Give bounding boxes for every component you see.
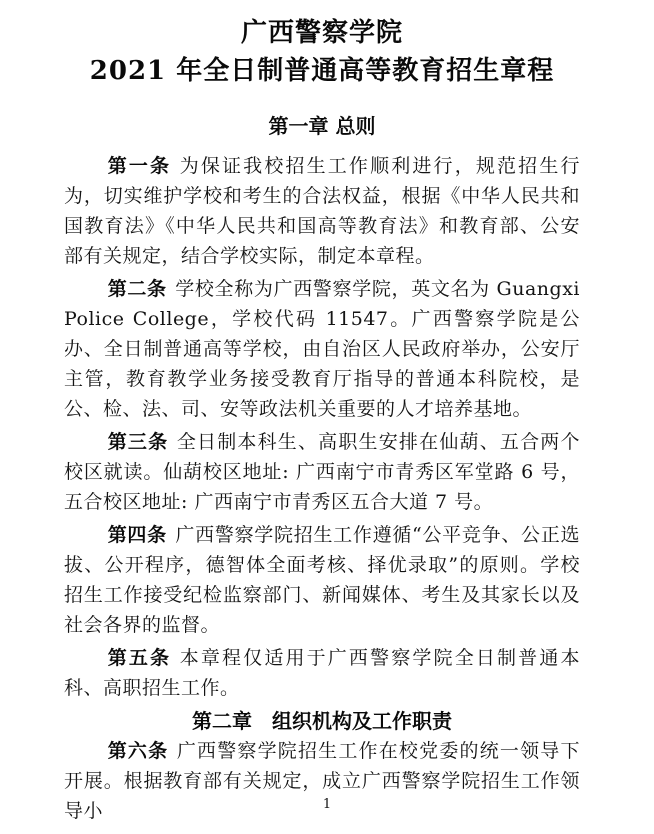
document-title-line2: 2021 年全日制普通高等教育招生章程 [64,52,580,90]
article-5: 第五条本章程仅适用于广西警察学院全日制普通本科、高职招生工作。 [64,643,580,703]
article-2-label: 第二条 [108,278,167,300]
document-page: 广西警察学院 2021 年全日制普通高等教育招生章程 第一章 总则 第一条为保证… [0,0,654,834]
article-3-label: 第三条 [108,431,169,453]
chapter-2-heading: 第二章 组织机构及工作职责 [64,706,580,736]
article-3: 第三条全日制本科生、高职生安排在仙葫、五合两个校区就读。仙葫校区地址: 广西南宁… [64,427,580,517]
article-4-label: 第四条 [108,524,167,546]
article-4: 第四条广西警察学院招生工作遵循“公平竞争、公正选拔、公开程序，德智体全面考核、择… [64,520,580,640]
article-5-label: 第五条 [108,647,171,669]
page-number: 1 [0,797,654,813]
article-1-label: 第一条 [108,155,171,177]
chapter-1-heading: 第一章 总则 [64,111,580,141]
article-2: 第二条学校全称为广西警察学院，英文名为 Guangxi Police Colle… [64,274,580,424]
article-6-label: 第六条 [108,740,169,762]
document-title-line1: 广西警察学院 [64,14,580,52]
article-1: 第一条为保证我校招生工作顺利进行，规范招生行为，切实维护学校和考生的合法权益，根… [64,151,580,271]
